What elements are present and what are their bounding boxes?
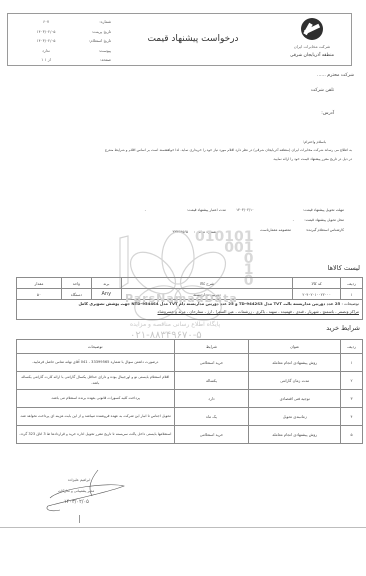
place-label: محل تحویل پیشنهاد قیمت: [304, 218, 344, 222]
goods-header-row: ردیف کد کالا شرح کالا برند واحد مقدار [17, 278, 363, 289]
body-line-2: در ذیل در تاریخ مقرر پیشنهاد قیمت خود را… [273, 157, 352, 161]
expert-label: کارشناس استعلام گیرنده: [306, 228, 344, 232]
col-unit: واحد [61, 278, 91, 289]
table-row: ۱ روش پیشنهادی انجام معامله خرید استعلام… [17, 354, 363, 372]
region-name: منطقه آذربایجان شرقی [277, 53, 347, 58]
meta-number: شماره: ۶۰۷ [26, 17, 111, 27]
col-code: کد کالا [293, 278, 341, 289]
expert-value: معصومه معمارناست [260, 228, 291, 232]
meta-page: صفحه: ۱ از ۱ [26, 55, 111, 65]
watermark-brand: ParsNamadData [125, 292, 238, 305]
logo-area: شرکت مخابرات ایران منطقه آذربایجان شرقی [277, 16, 347, 64]
conditions-table: ردیف عنوان شرایط توضیحات ۱ روش پیشنهادی … [16, 339, 363, 444]
col-condition: شرایط [174, 340, 249, 354]
body-line-1: به اطلاع می رساند شرکت مخابرات ایران (من… [105, 148, 352, 152]
conditions-header-row: ردیف عنوان شرایط توضیحات [17, 340, 363, 354]
place-value: - [293, 218, 294, 222]
document-header: شرکت مخابرات ایران منطقه آذربایجان شرقی … [7, 13, 352, 66]
signer-role: مدیر پشتیبانی و تدارکات [58, 489, 94, 493]
table-row: ۲ مدت زمان گارانتی یکساله اقلام استعلام … [17, 372, 363, 390]
table-row: ۵ روش پیشنهادی انجام معامله خرید استعلام… [17, 426, 363, 444]
company-phone-label: تلفن شرکت [311, 88, 334, 93]
meta-inquiry-date: تاریخ استعلام: ۱۴۰۳/۰۲/۰۵ [26, 36, 111, 46]
validity-value: - [145, 208, 146, 212]
document-meta: شماره: ۶۰۷ تاریخ پرینت: ۱۴۰۳/۰۲/۰۵ تاریخ… [26, 17, 111, 65]
table-row: ۴ زمانبندی تحویل یک ماه تحویل اجناس تا ا… [17, 408, 363, 426]
deadline-value: ۱۴۰۳/۰۲/۱۰ [236, 208, 254, 212]
signer-name: ابراهیم علیزاده [68, 478, 90, 482]
company-logo-icon [301, 18, 323, 40]
validity-label: مدت اعتبار پیشنهاد قیمت: [187, 208, 226, 212]
meta-print-date: تاریخ پرینت: ۱۴۰۳/۰۲/۰۵ [26, 27, 111, 37]
contact-phone-value: ۳۳۳۹۹۵۶۵ [173, 230, 188, 234]
org-name: شرکت مخابرات ایران [277, 44, 347, 49]
signature-tick [79, 515, 80, 523]
col-description: شرح کالا [121, 278, 292, 289]
meta-attachment: پیوست: ندارد [26, 46, 111, 56]
col-row: ردیف [341, 278, 363, 289]
signature-date: ۱۴۰۳/۰۲/۰۵ [64, 499, 89, 505]
recipient-company: شرکت محترم ...... [317, 73, 354, 78]
col-quantity: مقدار [17, 278, 62, 289]
col-notes: توضیحات [17, 340, 175, 354]
table-row: ۳ توجیه فنی اقتصادی دارد پرداخت کلیه کسو… [17, 390, 363, 408]
description-line-2: مراکز ونصمر ، باسمنج ، شهریار ، قندی ، ف… [158, 309, 360, 314]
signature-scribble-icon [40, 468, 130, 518]
address-label: آدرس: [321, 111, 334, 116]
deadline-label: مهلت تحویل پیشنهاد قیمت: [303, 208, 344, 212]
conditions-section-title: شرایط خرید [326, 324, 360, 332]
price-inquiry-document: شرکت مخابرات ایران منطقه آذربایجان شرقی … [0, 0, 366, 576]
col-title: عنوان [249, 340, 341, 354]
page-divider [0, 527, 366, 528]
col-brand: برند [91, 278, 121, 289]
page-title: درخواست پیشنهاد قیمت [128, 34, 258, 44]
greeting: باسلام واحترام؛ [303, 140, 326, 144]
watermark-tagline: پایگاه اطلاع رسانی مناقصه و مزایده [130, 321, 220, 328]
goods-section-title: لیست کالاها [328, 264, 360, 272]
col-row: ردیف [341, 340, 363, 354]
